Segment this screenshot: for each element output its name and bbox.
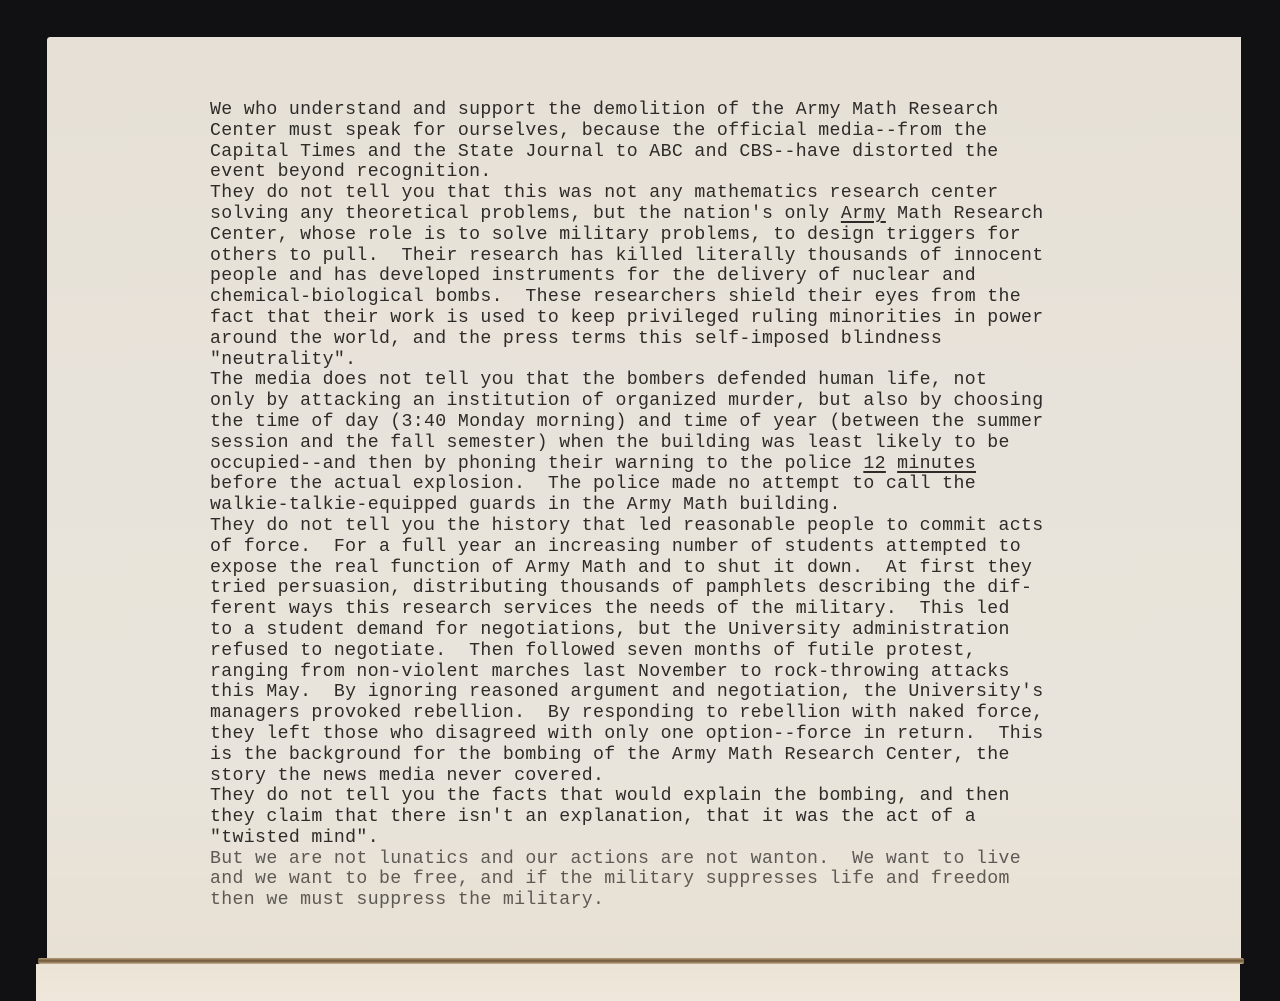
- text-line: The media does not tell you that the bom…: [210, 370, 1150, 391]
- text-line: "neutrality".: [210, 350, 1150, 371]
- text-line: managers provoked rebellion. By respondi…: [210, 703, 1150, 724]
- text-line: ferent ways this research services the n…: [210, 599, 1150, 620]
- text-line: expose the real function of Army Math an…: [210, 558, 1150, 579]
- text-line: But we are not lunatics and our actions …: [210, 849, 1150, 870]
- text-line: We who understand and support the demoli…: [210, 100, 1150, 121]
- text-line: chemical-biological bombs. These researc…: [210, 287, 1150, 308]
- text-line: before the actual explosion. The police …: [210, 474, 1150, 495]
- text-line: only by attacking an institution of orga…: [210, 391, 1150, 412]
- text-line: "twisted mind".: [210, 828, 1150, 849]
- text-line: Capital Times and the State Journal to A…: [210, 142, 1150, 163]
- text-line: solving any theoretical problems, but th…: [210, 204, 1150, 225]
- text-line: this May. By ignoring reasoned argument …: [210, 682, 1150, 703]
- text-line: tried persuasion, distributing thousands…: [210, 578, 1150, 599]
- text-line: session and the fall semester) when the …: [210, 433, 1150, 454]
- text-line: They do not tell you the facts that woul…: [210, 786, 1150, 807]
- text-line: event beyond recognition.: [210, 162, 1150, 183]
- text-line: walkie-talkie-equipped guards in the Arm…: [210, 495, 1150, 516]
- text-line: people and has developed instruments for…: [210, 266, 1150, 287]
- text-line: they left those who disagreed with only …: [210, 724, 1150, 745]
- text-line: They do not tell you that this was not a…: [210, 183, 1150, 204]
- text-line: refused to negotiate. Then followed seve…: [210, 641, 1150, 662]
- text-line: around the world, and the press terms th…: [210, 329, 1150, 350]
- typewritten-text: We who understand and support the demoli…: [210, 100, 1150, 911]
- text-line: They do not tell you the history that le…: [210, 516, 1150, 537]
- text-line: fact that their work is used to keep pri…: [210, 308, 1150, 329]
- text-line: occupied--and then by phoning their warn…: [210, 454, 1150, 475]
- next-page-edge: [36, 964, 1240, 1001]
- text-line: others to pull. Their research has kille…: [210, 246, 1150, 267]
- text-line: then we must suppress the military.: [210, 890, 1150, 911]
- text-line: to a student demand for negotiations, bu…: [210, 620, 1150, 641]
- text-line: is the background for the bombing of the…: [210, 745, 1150, 766]
- text-line: story the news media never covered.: [210, 766, 1150, 787]
- text-line: the time of day (3:40 Monday morning) an…: [210, 412, 1150, 433]
- text-line: and we want to be free, and if the milit…: [210, 869, 1150, 890]
- text-line: Center, whose role is to solve military …: [210, 225, 1150, 246]
- text-line: Center must speak for ourselves, because…: [210, 121, 1150, 142]
- text-line: of force. For a full year an increasing …: [210, 537, 1150, 558]
- text-line: they claim that there isn't an explanati…: [210, 807, 1150, 828]
- text-line: ranging from non-violent marches last No…: [210, 662, 1150, 683]
